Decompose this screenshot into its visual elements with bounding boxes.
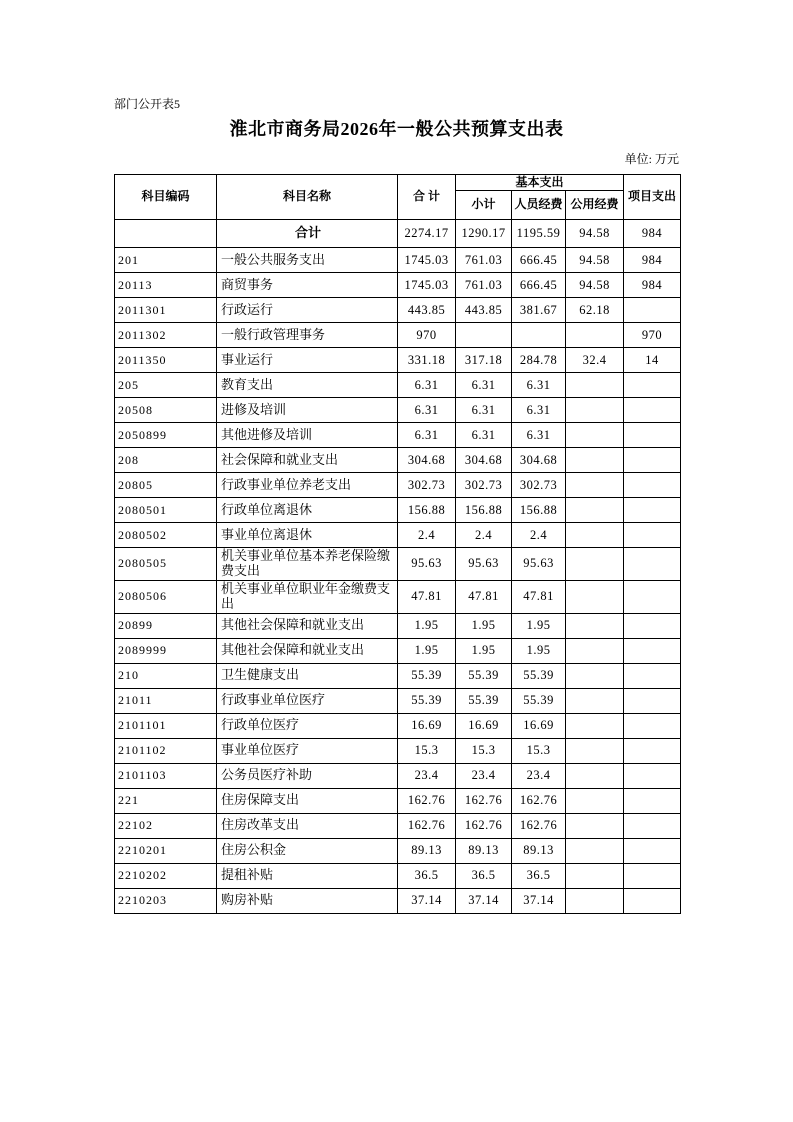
cell-total: 1.95	[398, 613, 456, 638]
cell-project: 984	[624, 273, 681, 298]
table-row: 2011350事业运行331.18317.18284.7832.414	[115, 348, 681, 373]
cell-basic-subtotal: 162.76	[456, 788, 512, 813]
cell-basic-subtotal: 6.31	[456, 423, 512, 448]
header-row-1: 科目编码 科目名称 合 计 基本支出 项目支出	[115, 175, 681, 191]
cell-code: 221	[115, 788, 217, 813]
cell-code: 2080506	[115, 580, 217, 613]
cell-personnel-funds: 666.45	[512, 248, 566, 273]
cell-public-funds	[566, 838, 624, 863]
cell-public-funds	[566, 498, 624, 523]
cell-name: 事业运行	[217, 348, 398, 373]
cell-code: 2011301	[115, 298, 217, 323]
table-row: 2080505机关事业单位基本养老保险缴费支出95.6395.6395.63	[115, 548, 681, 581]
cell-name: 行政事业单位养老支出	[217, 473, 398, 498]
cell-basic-subtotal: 23.4	[456, 763, 512, 788]
cell-basic-subtotal: 47.81	[456, 580, 512, 613]
cell-project	[624, 498, 681, 523]
cell-basic-subtotal	[456, 323, 512, 348]
cell-project	[624, 298, 681, 323]
cell-name: 住房保障支出	[217, 788, 398, 813]
cell-public-funds	[566, 863, 624, 888]
cell-name: 住房公积金	[217, 838, 398, 863]
cell-project	[624, 813, 681, 838]
page-title: 淮北市商务局2026年一般公共预算支出表	[0, 118, 793, 140]
cell-personnel-funds: 1195.59	[512, 220, 566, 248]
cell-public-funds	[566, 398, 624, 423]
cell-project	[624, 448, 681, 473]
cell-project	[624, 423, 681, 448]
cell-personnel-funds: 47.81	[512, 580, 566, 613]
cell-total: 6.31	[398, 423, 456, 448]
cell-personnel-funds: 23.4	[512, 763, 566, 788]
cell-public-funds	[566, 638, 624, 663]
cell-code: 205	[115, 373, 217, 398]
cell-project: 984	[624, 220, 681, 248]
cell-name: 一般公共服务支出	[217, 248, 398, 273]
cell-total: 1745.03	[398, 248, 456, 273]
cell-total: 6.31	[398, 398, 456, 423]
cell-project	[624, 763, 681, 788]
cell-public-funds	[566, 448, 624, 473]
cell-project	[624, 663, 681, 688]
cell-personnel-funds: 156.88	[512, 498, 566, 523]
cell-total: 55.39	[398, 688, 456, 713]
cell-total: 443.85	[398, 298, 456, 323]
cell-name: 行政单位离退休	[217, 498, 398, 523]
cell-code: 20113	[115, 273, 217, 298]
cell-code: 2210201	[115, 838, 217, 863]
cell-project	[624, 638, 681, 663]
cell-code: 20899	[115, 613, 217, 638]
doc-label: 部门公开表5	[114, 97, 180, 111]
cell-name: 商贸事务	[217, 273, 398, 298]
cell-total: 2274.17	[398, 220, 456, 248]
cell-basic-subtotal: 317.18	[456, 348, 512, 373]
table-row: 2101101行政单位医疗16.6916.6916.69	[115, 713, 681, 738]
cell-name: 教育支出	[217, 373, 398, 398]
cell-personnel-funds: 1.95	[512, 638, 566, 663]
cell-personnel-funds: 15.3	[512, 738, 566, 763]
cell-code: 2101103	[115, 763, 217, 788]
cell-basic-subtotal: 761.03	[456, 248, 512, 273]
cell-total: 304.68	[398, 448, 456, 473]
cell-project	[624, 548, 681, 581]
table-row: 210卫生健康支出55.3955.3955.39	[115, 663, 681, 688]
cell-project: 984	[624, 248, 681, 273]
cell-code: 2210202	[115, 863, 217, 888]
table-header: 科目编码 科目名称 合 计 基本支出 项目支出 小计 人员经费 公用经费	[115, 175, 681, 220]
cell-name: 行政单位医疗	[217, 713, 398, 738]
cell-personnel-funds: 162.76	[512, 813, 566, 838]
cell-total: 37.14	[398, 888, 456, 913]
cell-personnel-funds: 95.63	[512, 548, 566, 581]
cell-basic-subtotal: 162.76	[456, 813, 512, 838]
cell-personnel-funds: 2.4	[512, 523, 566, 548]
cell-basic-subtotal: 1.95	[456, 613, 512, 638]
header-name: 科目名称	[217, 175, 398, 220]
cell-project: 14	[624, 348, 681, 373]
cell-total: 970	[398, 323, 456, 348]
cell-public-funds	[566, 473, 624, 498]
cell-public-funds	[566, 523, 624, 548]
cell-code: 20508	[115, 398, 217, 423]
cell-project	[624, 473, 681, 498]
cell-project	[624, 738, 681, 763]
table-row: 2080501行政单位离退休156.88156.88156.88	[115, 498, 681, 523]
header-basic-public: 公用经费	[566, 191, 624, 220]
cell-public-funds	[566, 373, 624, 398]
unit-label: 单位: 万元	[114, 152, 679, 166]
cell-total: 302.73	[398, 473, 456, 498]
cell-project	[624, 863, 681, 888]
cell-total: 1745.03	[398, 273, 456, 298]
table-row: 20113商贸事务1745.03761.03666.4594.58984	[115, 273, 681, 298]
cell-project	[624, 580, 681, 613]
header-code: 科目编码	[115, 175, 217, 220]
cell-code	[115, 220, 217, 248]
cell-basic-subtotal: 55.39	[456, 688, 512, 713]
table-row: 2080506机关事业单位职业年金缴费支出47.8147.8147.81	[115, 580, 681, 613]
cell-project	[624, 888, 681, 913]
table-row: 2050899其他进修及培训6.316.316.31	[115, 423, 681, 448]
cell-total: 55.39	[398, 663, 456, 688]
cell-personnel-funds: 381.67	[512, 298, 566, 323]
cell-total: 95.63	[398, 548, 456, 581]
cell-code: 21011	[115, 688, 217, 713]
cell-public-funds	[566, 788, 624, 813]
table-row: 208社会保障和就业支出304.68304.68304.68	[115, 448, 681, 473]
cell-name: 其他社会保障和就业支出	[217, 638, 398, 663]
cell-public-funds: 62.18	[566, 298, 624, 323]
cell-basic-subtotal: 6.31	[456, 398, 512, 423]
cell-code: 2011302	[115, 323, 217, 348]
cell-total: 6.31	[398, 373, 456, 398]
table-body: 合计2274.171290.171195.5994.58984201一般公共服务…	[115, 220, 681, 914]
cell-personnel-funds: 36.5	[512, 863, 566, 888]
cell-personnel-funds: 55.39	[512, 663, 566, 688]
cell-public-funds	[566, 323, 624, 348]
cell-basic-subtotal: 15.3	[456, 738, 512, 763]
cell-code: 208	[115, 448, 217, 473]
cell-basic-subtotal: 1.95	[456, 638, 512, 663]
header-total: 合 计	[398, 175, 456, 220]
table-row: 20805行政事业单位养老支出302.73302.73302.73	[115, 473, 681, 498]
cell-code: 201	[115, 248, 217, 273]
cell-personnel-funds: 37.14	[512, 888, 566, 913]
total-row: 合计2274.171290.171195.5994.58984	[115, 220, 681, 248]
table-row: 22102住房改革支出162.76162.76162.76	[115, 813, 681, 838]
table-row: 201一般公共服务支出1745.03761.03666.4594.58984	[115, 248, 681, 273]
cell-basic-subtotal: 761.03	[456, 273, 512, 298]
cell-basic-subtotal: 1290.17	[456, 220, 512, 248]
cell-name: 机关事业单位基本养老保险缴费支出	[217, 548, 398, 581]
cell-total: 162.76	[398, 813, 456, 838]
table-row: 2210202提租补贴36.536.536.5	[115, 863, 681, 888]
cell-code: 2050899	[115, 423, 217, 448]
cell-name: 购房补贴	[217, 888, 398, 913]
cell-basic-subtotal: 55.39	[456, 663, 512, 688]
cell-project	[624, 373, 681, 398]
cell-basic-subtotal: 36.5	[456, 863, 512, 888]
cell-name: 卫生健康支出	[217, 663, 398, 688]
cell-total: 15.3	[398, 738, 456, 763]
cell-name: 提租补贴	[217, 863, 398, 888]
cell-basic-subtotal: 443.85	[456, 298, 512, 323]
cell-personnel-funds: 666.45	[512, 273, 566, 298]
cell-name: 住房改革支出	[217, 813, 398, 838]
cell-project: 970	[624, 323, 681, 348]
table-row: 2089999其他社会保障和就业支出1.951.951.95	[115, 638, 681, 663]
cell-public-funds	[566, 738, 624, 763]
cell-project	[624, 613, 681, 638]
cell-project	[624, 713, 681, 738]
cell-project	[624, 688, 681, 713]
cell-name: 机关事业单位职业年金缴费支出	[217, 580, 398, 613]
table-row: 2080502事业单位离退休2.42.42.4	[115, 523, 681, 548]
cell-personnel-funds: 16.69	[512, 713, 566, 738]
header-basic-group: 基本支出	[456, 175, 624, 191]
cell-basic-subtotal: 37.14	[456, 888, 512, 913]
cell-total: 2.4	[398, 523, 456, 548]
budget-table: 科目编码 科目名称 合 计 基本支出 项目支出 小计 人员经费 公用经费 合计2…	[114, 174, 681, 914]
cell-total: 89.13	[398, 838, 456, 863]
cell-public-funds	[566, 688, 624, 713]
cell-total: 16.69	[398, 713, 456, 738]
cell-total: 1.95	[398, 638, 456, 663]
cell-personnel-funds: 304.68	[512, 448, 566, 473]
cell-personnel-funds: 6.31	[512, 398, 566, 423]
cell-public-funds	[566, 763, 624, 788]
cell-total: 47.81	[398, 580, 456, 613]
cell-public-funds: 94.58	[566, 220, 624, 248]
cell-name: 事业单位离退休	[217, 523, 398, 548]
cell-code: 210	[115, 663, 217, 688]
cell-total: 36.5	[398, 863, 456, 888]
cell-code: 2080501	[115, 498, 217, 523]
cell-public-funds	[566, 613, 624, 638]
cell-code: 20805	[115, 473, 217, 498]
cell-basic-subtotal: 6.31	[456, 373, 512, 398]
cell-project	[624, 838, 681, 863]
cell-public-funds	[566, 713, 624, 738]
table-row: 205教育支出6.316.316.31	[115, 373, 681, 398]
cell-code: 2210203	[115, 888, 217, 913]
cell-basic-subtotal: 89.13	[456, 838, 512, 863]
cell-code: 2080502	[115, 523, 217, 548]
cell-name: 一般行政管理事务	[217, 323, 398, 348]
cell-project	[624, 788, 681, 813]
header-project: 项目支出	[624, 175, 681, 220]
cell-personnel-funds: 6.31	[512, 373, 566, 398]
document-page: 部门公开表5 淮北市商务局2026年一般公共预算支出表 单位: 万元 科目编码 …	[0, 0, 793, 1122]
cell-basic-subtotal: 302.73	[456, 473, 512, 498]
cell-total: 156.88	[398, 498, 456, 523]
table-row: 221住房保障支出162.76162.76162.76	[115, 788, 681, 813]
cell-personnel-funds: 6.31	[512, 423, 566, 448]
table-row: 2210201住房公积金89.1389.1389.13	[115, 838, 681, 863]
table-row: 21011行政事业单位医疗55.3955.3955.39	[115, 688, 681, 713]
table-row: 20899其他社会保障和就业支出1.951.951.95	[115, 613, 681, 638]
table-row: 20508进修及培训6.316.316.31	[115, 398, 681, 423]
cell-public-funds	[566, 548, 624, 581]
cell-basic-subtotal: 2.4	[456, 523, 512, 548]
table-row: 2101103公务员医疗补助23.423.423.4	[115, 763, 681, 788]
cell-personnel-funds: 89.13	[512, 838, 566, 863]
cell-personnel-funds: 302.73	[512, 473, 566, 498]
cell-public-funds	[566, 423, 624, 448]
cell-public-funds: 32.4	[566, 348, 624, 373]
cell-code: 2101102	[115, 738, 217, 763]
cell-code: 2101101	[115, 713, 217, 738]
cell-personnel-funds: 284.78	[512, 348, 566, 373]
cell-public-funds: 94.58	[566, 273, 624, 298]
cell-name: 行政运行	[217, 298, 398, 323]
cell-total: 23.4	[398, 763, 456, 788]
cell-name: 事业单位医疗	[217, 738, 398, 763]
cell-basic-subtotal: 304.68	[456, 448, 512, 473]
cell-public-funds	[566, 813, 624, 838]
cell-public-funds: 94.58	[566, 248, 624, 273]
cell-public-funds	[566, 580, 624, 613]
table-row: 2011302一般行政管理事务970970	[115, 323, 681, 348]
cell-name: 进修及培训	[217, 398, 398, 423]
table-row: 2101102事业单位医疗15.315.315.3	[115, 738, 681, 763]
cell-code: 2080505	[115, 548, 217, 581]
cell-code: 2011350	[115, 348, 217, 373]
cell-basic-subtotal: 16.69	[456, 713, 512, 738]
cell-personnel-funds: 55.39	[512, 688, 566, 713]
cell-public-funds	[566, 888, 624, 913]
cell-code: 2089999	[115, 638, 217, 663]
cell-name: 社会保障和就业支出	[217, 448, 398, 473]
cell-project	[624, 398, 681, 423]
cell-name: 其他进修及培训	[217, 423, 398, 448]
cell-total: 331.18	[398, 348, 456, 373]
header-basic-subtotal: 小计	[456, 191, 512, 220]
cell-basic-subtotal: 95.63	[456, 548, 512, 581]
cell-total: 162.76	[398, 788, 456, 813]
cell-basic-subtotal: 156.88	[456, 498, 512, 523]
cell-personnel-funds: 1.95	[512, 613, 566, 638]
cell-name: 公务员医疗补助	[217, 763, 398, 788]
cell-personnel-funds	[512, 323, 566, 348]
cell-code: 22102	[115, 813, 217, 838]
cell-project	[624, 523, 681, 548]
cell-name: 行政事业单位医疗	[217, 688, 398, 713]
table-row: 2210203购房补贴37.1437.1437.14	[115, 888, 681, 913]
cell-name: 其他社会保障和就业支出	[217, 613, 398, 638]
cell-name: 合计	[217, 220, 398, 248]
cell-personnel-funds: 162.76	[512, 788, 566, 813]
cell-public-funds	[566, 663, 624, 688]
table-row: 2011301行政运行443.85443.85381.6762.18	[115, 298, 681, 323]
header-basic-personnel: 人员经费	[512, 191, 566, 220]
